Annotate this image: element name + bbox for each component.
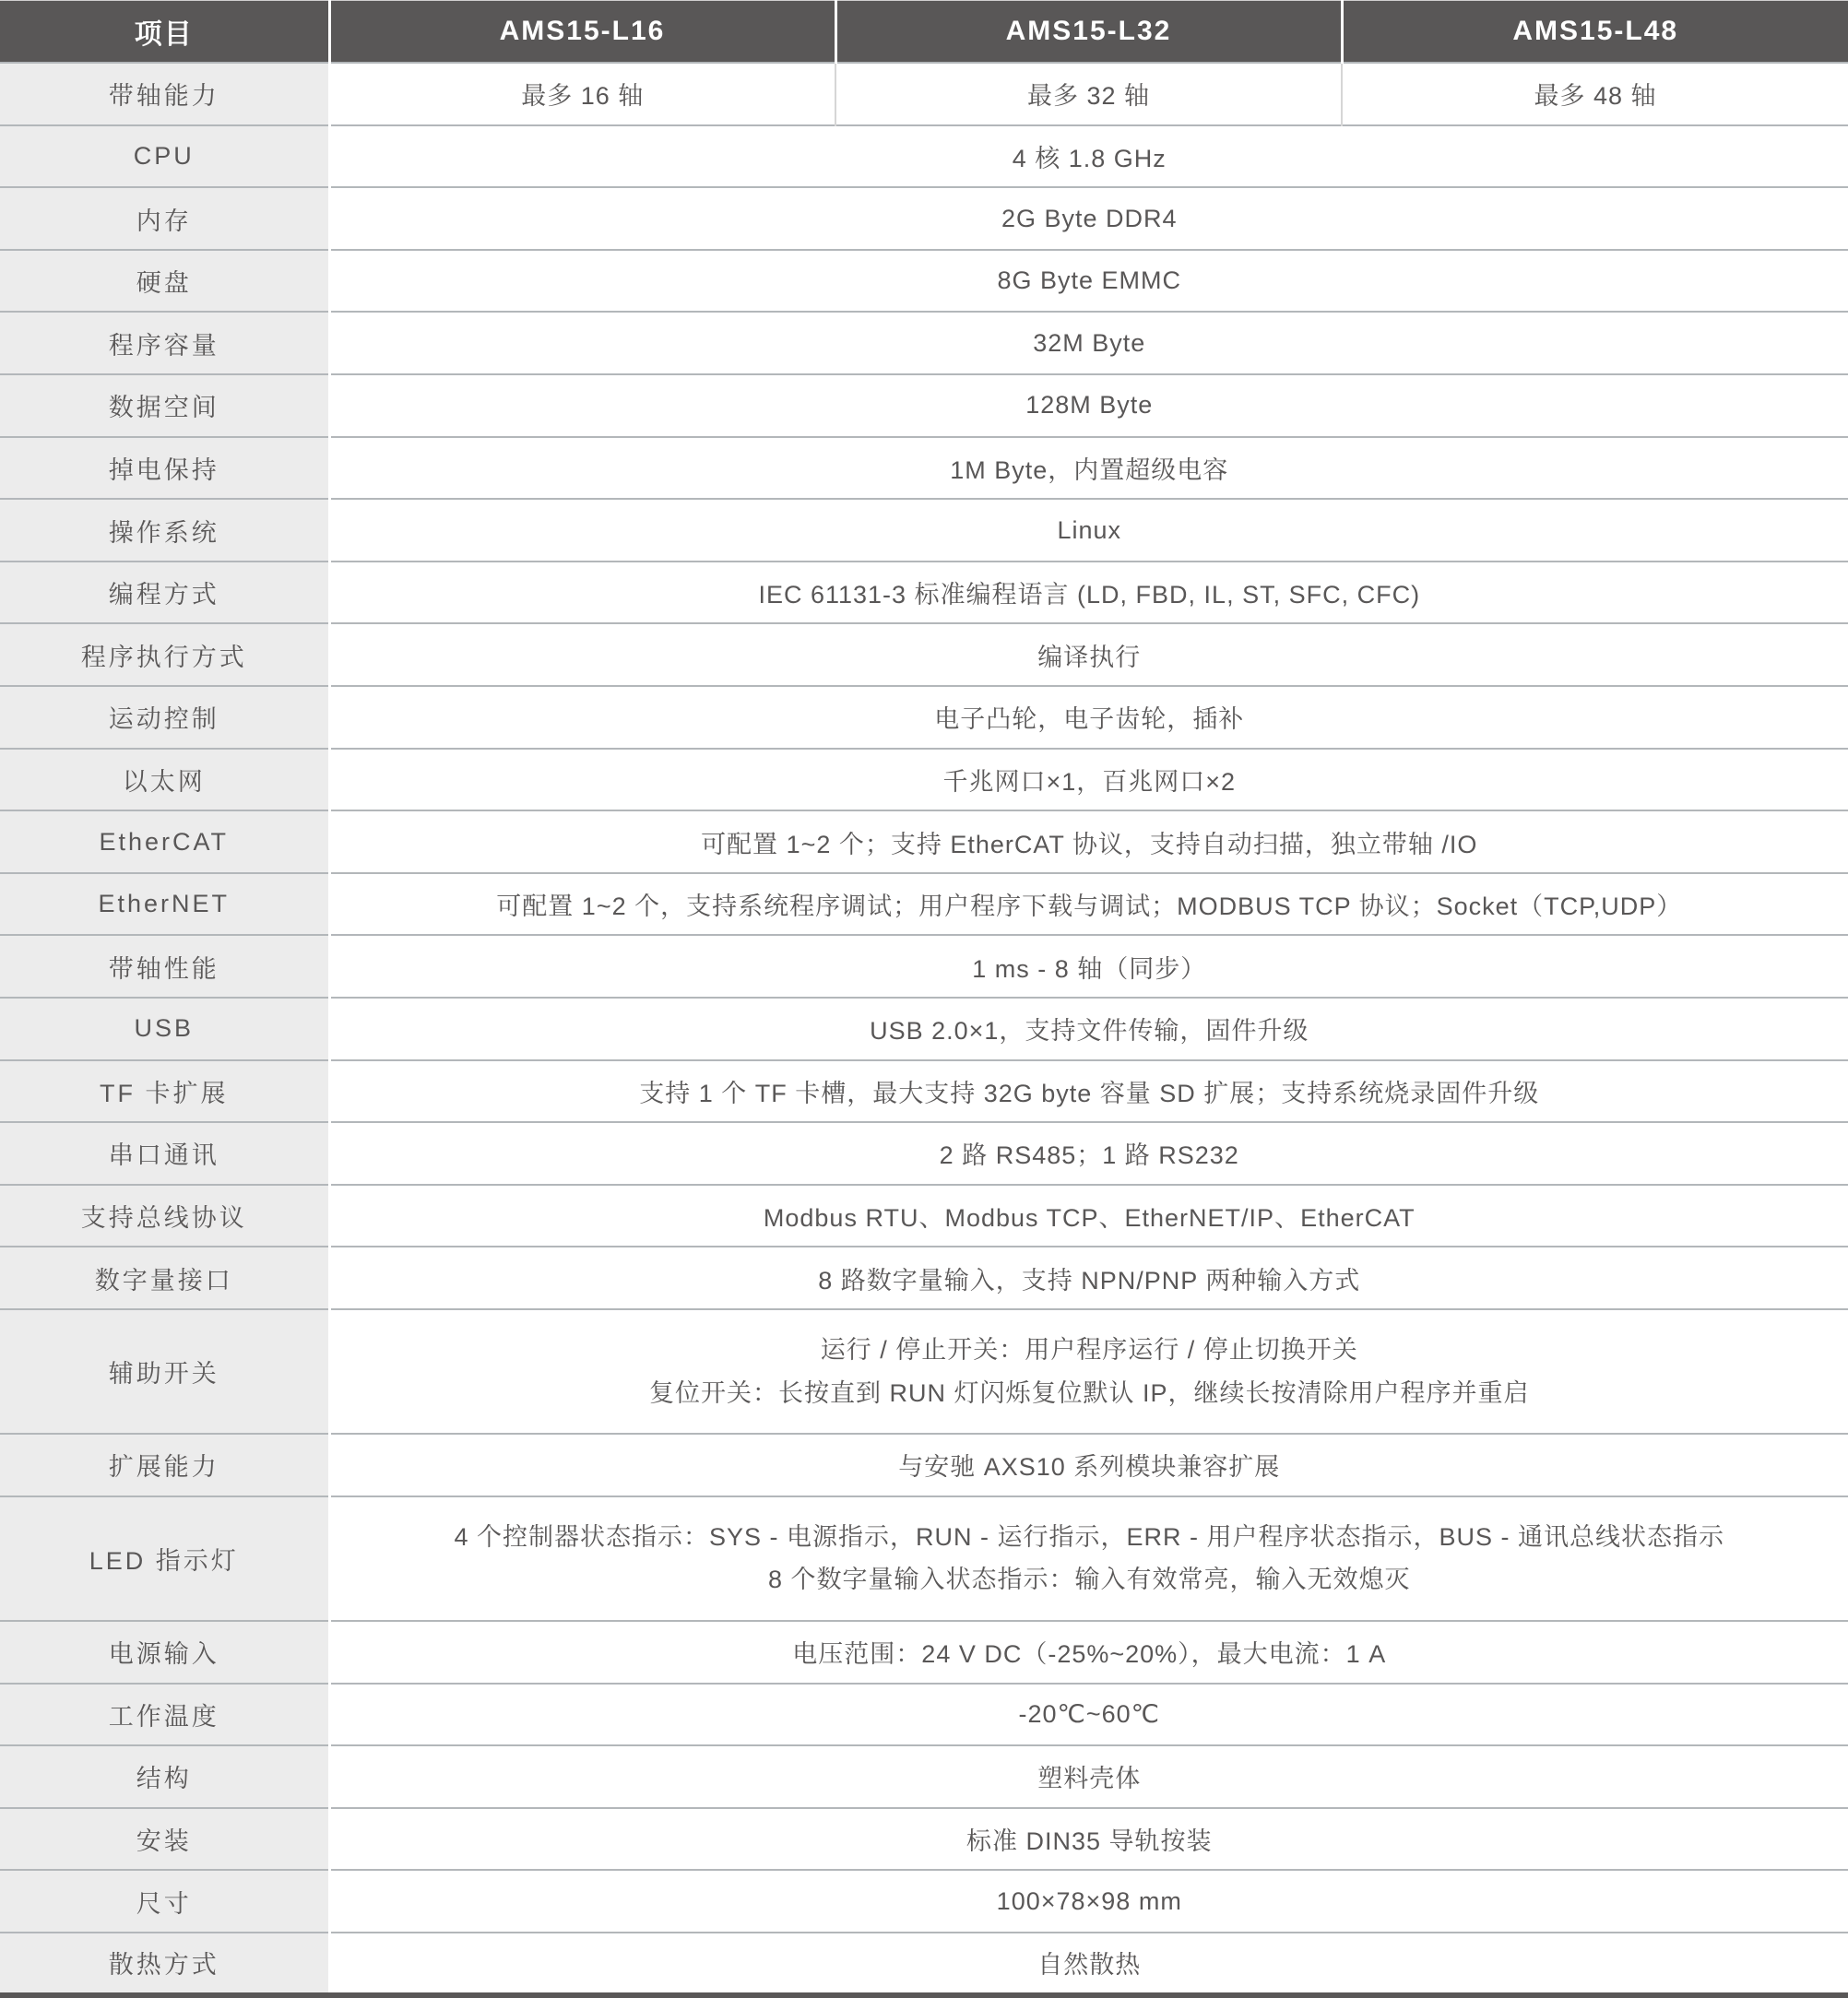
spec-row: 掉电保持1M Byte，内置超级电容: [0, 437, 1848, 500]
row-label: 支持总线协议: [0, 1185, 329, 1247]
spec-row: EtherCAT可配置 1~2 个；支持 EtherCAT 协议，支持自动扫描，…: [0, 810, 1848, 873]
row-value-cell: 8G Byte EMMC: [329, 250, 1848, 313]
spec-row: 带轴性能1 ms - 8 轴（同步）: [0, 935, 1848, 998]
spec-row: 支持总线协议Modbus RTU、Modbus TCP、EtherNET/IP、…: [0, 1185, 1848, 1247]
spec-row: 数据空间128M Byte: [0, 374, 1848, 437]
row-label: LED 指示灯: [0, 1496, 329, 1621]
spec-table-body: 带轴能力最多 16 轴最多 32 轴最多 48 轴CPU4 核 1.8 GHz内…: [0, 63, 1848, 1994]
row-label: 尺寸: [0, 1870, 329, 1933]
row-value-cell: 自然散热: [329, 1933, 1848, 1995]
spec-table-header: 项目 AMS15-L16 AMS15-L32 AMS15-L48: [0, 1, 1848, 64]
row-label: TF 卡扩展: [0, 1060, 329, 1123]
row-label: 辅助开关: [0, 1309, 329, 1434]
spec-row: 尺寸100×78×98 mm: [0, 1870, 1848, 1933]
row-value-cell: 4 个控制器状态指示：SYS - 电源指示，RUN - 运行指示，ERR - 用…: [329, 1496, 1848, 1621]
row-value-cell: 编译执行: [329, 623, 1848, 686]
row-label: EtherCAT: [0, 810, 329, 873]
row-label: 结构: [0, 1745, 329, 1808]
row-value-cell: 可配置 1~2 个，支持系统程序调试；用户程序下载与调试；MODBUS TCP …: [329, 873, 1848, 936]
row-label: CPU: [0, 125, 329, 188]
spec-row: LED 指示灯4 个控制器状态指示：SYS - 电源指示，RUN - 运行指示，…: [0, 1496, 1848, 1621]
spec-row: 数字量接口8 路数字量输入，支持 NPN/PNP 两种输入方式: [0, 1247, 1848, 1309]
row-value-line: 复位开关：长按直到 RUN 灯闪烁复位默认 IP，继续长按清除用户程序并重启: [340, 1372, 1840, 1414]
spec-row: 电源输入电压范围：24 V DC（-25%~20%），最大电流：1 A: [0, 1621, 1848, 1684]
row-value-cell: 128M Byte: [329, 374, 1848, 437]
row-label: 程序执行方式: [0, 623, 329, 686]
row-value-cell: 千兆网口×1，百兆网口×2: [329, 749, 1848, 811]
row-value-line: 4 个控制器状态指示：SYS - 电源指示，RUN - 运行指示，ERR - 用…: [340, 1516, 1840, 1558]
row-value-cell: -20℃~60℃: [329, 1684, 1848, 1746]
header-cell-model-l16: AMS15-L16: [329, 1, 835, 64]
row-label: EtherNET: [0, 873, 329, 936]
row-label: 安装: [0, 1808, 329, 1871]
spec-row: 带轴能力最多 16 轴最多 32 轴最多 48 轴: [0, 63, 1848, 125]
row-value-cell: 最多 48 轴: [1342, 63, 1848, 125]
spec-row: 运动控制电子凸轮，电子齿轮，插补: [0, 686, 1848, 749]
row-label: 散热方式: [0, 1933, 329, 1995]
row-value-cell: Modbus RTU、Modbus TCP、EtherNET/IP、EtherC…: [329, 1185, 1848, 1247]
row-value-cell: IEC 61131-3 标准编程语言 (LD, FBD, IL, ST, SFC…: [329, 562, 1848, 624]
row-label: 工作温度: [0, 1684, 329, 1746]
header-cell-model-l48: AMS15-L48: [1342, 1, 1848, 64]
row-label: 以太网: [0, 749, 329, 811]
row-value-cell: 支持 1 个 TF 卡槽，最大支持 32G byte 容量 SD 扩展；支持系统…: [329, 1060, 1848, 1123]
header-cell-model-l32: AMS15-L32: [835, 1, 1342, 64]
row-label: 数字量接口: [0, 1247, 329, 1309]
spec-row: 散热方式自然散热: [0, 1933, 1848, 1995]
spec-row: 安装标准 DIN35 导轨按装: [0, 1808, 1848, 1871]
spec-row: 结构塑料壳体: [0, 1745, 1848, 1808]
spec-row: 扩展能力与安驰 AXS10 系列模块兼容扩展: [0, 1434, 1848, 1496]
row-value-line: 运行 / 停止开关：用户程序运行 / 停止切换开关: [340, 1329, 1840, 1371]
row-value-cell: 最多 16 轴: [329, 63, 835, 125]
spec-row: 程序容量32M Byte: [0, 312, 1848, 374]
spec-row: 以太网千兆网口×1，百兆网口×2: [0, 749, 1848, 811]
spec-row: 程序执行方式编译执行: [0, 623, 1848, 686]
row-value-cell: 最多 32 轴: [835, 63, 1342, 125]
row-value-cell: 4 核 1.8 GHz: [329, 125, 1848, 188]
row-label: 运动控制: [0, 686, 329, 749]
row-label: 电源输入: [0, 1621, 329, 1684]
row-value-cell: 100×78×98 mm: [329, 1870, 1848, 1933]
spec-row: 串口通讯2 路 RS485；1 路 RS232: [0, 1122, 1848, 1185]
row-label: 编程方式: [0, 562, 329, 624]
row-value-cell: 塑料壳体: [329, 1745, 1848, 1808]
row-value-cell: 电子凸轮，电子齿轮，插补: [329, 686, 1848, 749]
row-value-cell: 与安驰 AXS10 系列模块兼容扩展: [329, 1434, 1848, 1496]
row-label: 带轴能力: [0, 63, 329, 125]
spec-row: 内存2G Byte DDR4: [0, 187, 1848, 250]
spec-row: TF 卡扩展支持 1 个 TF 卡槽，最大支持 32G byte 容量 SD 扩…: [0, 1060, 1848, 1123]
spec-row: CPU4 核 1.8 GHz: [0, 125, 1848, 188]
spec-row: 辅助开关运行 / 停止开关：用户程序运行 / 停止切换开关复位开关：长按直到 R…: [0, 1309, 1848, 1434]
row-value-cell: Linux: [329, 499, 1848, 562]
row-value-cell: 电压范围：24 V DC（-25%~20%），最大电流：1 A: [329, 1621, 1848, 1684]
row-label: 掉电保持: [0, 437, 329, 500]
row-label: 数据空间: [0, 374, 329, 437]
spec-row: 操作系统Linux: [0, 499, 1848, 562]
spec-row: 硬盘8G Byte EMMC: [0, 250, 1848, 313]
spec-row: USBUSB 2.0×1，支持文件传输，固件升级: [0, 998, 1848, 1060]
row-value-line: 8 个数字量输入状态指示：输入有效常亮，输入无效熄灭: [340, 1558, 1840, 1601]
spec-row: EtherNET可配置 1~2 个，支持系统程序调试；用户程序下载与调试；MOD…: [0, 873, 1848, 936]
row-value-cell: 运行 / 停止开关：用户程序运行 / 停止切换开关复位开关：长按直到 RUN 灯…: [329, 1309, 1848, 1434]
row-value-cell: 可配置 1~2 个；支持 EtherCAT 协议，支持自动扫描，独立带轴 /IO: [329, 810, 1848, 873]
row-value-cell: 1M Byte，内置超级电容: [329, 437, 1848, 500]
spec-table: 项目 AMS15-L16 AMS15-L32 AMS15-L48 带轴能力最多 …: [0, 0, 1848, 1998]
row-value-cell: 2 路 RS485；1 路 RS232: [329, 1122, 1848, 1185]
row-value-cell: 32M Byte: [329, 312, 1848, 374]
row-label: 内存: [0, 187, 329, 250]
header-cell-item: 项目: [0, 1, 329, 64]
row-value-cell: 标准 DIN35 导轨按装: [329, 1808, 1848, 1871]
spec-row: 工作温度-20℃~60℃: [0, 1684, 1848, 1746]
row-label: 硬盘: [0, 250, 329, 313]
row-value-cell: 1 ms - 8 轴（同步）: [329, 935, 1848, 998]
row-label: 程序容量: [0, 312, 329, 374]
row-label: USB: [0, 998, 329, 1060]
spec-row: 编程方式IEC 61131-3 标准编程语言 (LD, FBD, IL, ST,…: [0, 562, 1848, 624]
row-label: 扩展能力: [0, 1434, 329, 1496]
row-label: 串口通讯: [0, 1122, 329, 1185]
row-label: 带轴性能: [0, 935, 329, 998]
header-row: 项目 AMS15-L16 AMS15-L32 AMS15-L48: [0, 1, 1848, 64]
row-label: 操作系统: [0, 499, 329, 562]
row-value-cell: USB 2.0×1，支持文件传输，固件升级: [329, 998, 1848, 1060]
row-value-cell: 8 路数字量输入，支持 NPN/PNP 两种输入方式: [329, 1247, 1848, 1309]
row-value-cell: 2G Byte DDR4: [329, 187, 1848, 250]
